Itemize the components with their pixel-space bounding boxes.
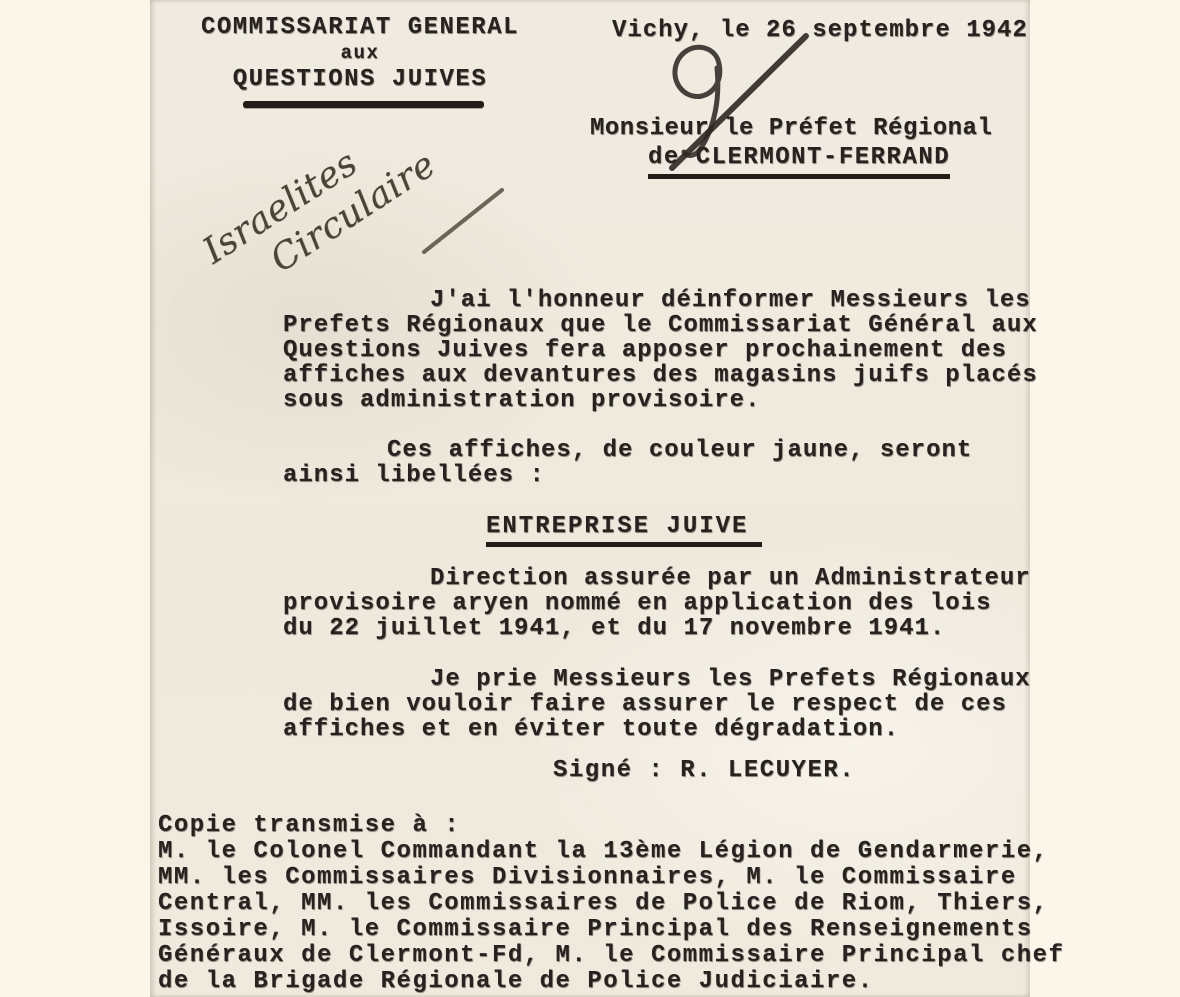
letterhead-org-line3: QUESTIONS JUIVES bbox=[185, 66, 535, 93]
paragraph-4-line: de bien vouloir faire assurer le respect… bbox=[283, 692, 1058, 717]
poster-heading: ENTREPRISE JUIVE bbox=[486, 514, 762, 547]
cc-line: Généraux de Clermont-Fd, M. le Commissai… bbox=[158, 943, 1064, 969]
paragraph-4-line: affiches et en éviter toute dégradation. bbox=[283, 717, 1058, 742]
paragraph-4-line: Je prie Messieurs les Prefets Régionaux bbox=[283, 667, 1058, 692]
poster-heading-wrap: ENTREPRISE JUIVE bbox=[486, 514, 1058, 547]
cc-line: MM. les Commissaires Divisionnaires, M. … bbox=[158, 865, 1064, 891]
cc-label: Copie transmise à : bbox=[158, 813, 1064, 839]
signature-line: Signé : R. LECUYER. bbox=[283, 758, 1058, 783]
recipient-address: Monsieur le Préfet Régional de CLERMONT-… bbox=[590, 114, 992, 179]
dateline: Vichy, le 26 septembre 1942 bbox=[612, 17, 1028, 44]
paragraph-1-line: affiches aux devantures des magasins jui… bbox=[283, 363, 1058, 388]
scanned-letter-page: COMMISSARIAT GENERAL aux QUESTIONS JUIVE… bbox=[0, 0, 1180, 997]
letter-body: J'ai l'honneur déinformer Messieurs les … bbox=[283, 288, 1058, 783]
paragraph-1-line: Questions Juives fera apposer prochainem… bbox=[283, 338, 1058, 363]
cc-line: M. le Colonel Commandant la 13ème Légion… bbox=[158, 839, 1064, 865]
cc-line: Issoire, M. le Commissaire Principal des… bbox=[158, 917, 1064, 943]
paragraph-3-line: Direction assurée par un Administrateur bbox=[283, 566, 1058, 591]
paragraph-1: J'ai l'honneur déinformer Messieurs les … bbox=[283, 288, 1058, 413]
paragraph-2: Ces affiches, de couleur jaune, seront a… bbox=[283, 438, 1058, 488]
cc-line: Central, MM. les Commissaires de Police … bbox=[158, 891, 1064, 917]
paragraph-3: Direction assurée par un Administrateur … bbox=[283, 566, 1058, 641]
paragraph-1-line: J'ai l'honneur déinformer Messieurs les bbox=[283, 288, 1058, 313]
paragraph-3-line: provisoire aryen nommé en application de… bbox=[283, 591, 1058, 616]
letterhead-org-line2: aux bbox=[185, 41, 535, 66]
paragraph-2-line: Ces affiches, de couleur jaune, seront bbox=[283, 438, 1058, 463]
recipient-line1: Monsieur le Préfet Régional bbox=[590, 114, 992, 143]
paragraph-3-line: du 22 juillet 1941, et du 17 novembre 19… bbox=[283, 616, 1058, 641]
paragraph-1-line: sous administration provisoire. bbox=[283, 388, 1058, 413]
paragraph-4: Je prie Messieurs les Prefets Régionaux … bbox=[283, 667, 1058, 742]
cc-distribution-list: Copie transmise à : M. le Colonel Comman… bbox=[158, 813, 1064, 995]
paragraph-1-line: Prefets Régionaux que le Commissariat Gé… bbox=[283, 313, 1058, 338]
recipient-line2: de CLERMONT-FERRAND bbox=[648, 143, 950, 179]
paragraph-2-line: ainsi libellées : bbox=[283, 463, 1058, 488]
cc-line: de la Brigade Régionale de Police Judici… bbox=[158, 969, 1064, 995]
letterhead: COMMISSARIAT GENERAL aux QUESTIONS JUIVE… bbox=[185, 14, 535, 93]
letterhead-org-line1: COMMISSARIAT GENERAL bbox=[185, 14, 535, 41]
